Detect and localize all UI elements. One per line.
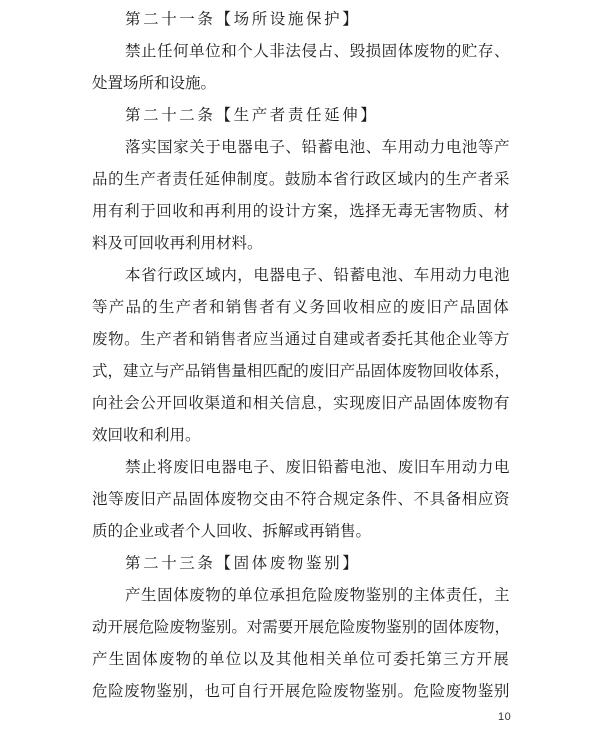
text-line: 池等废旧产品固体废物交由不符合规定条件、不具备相应资 xyxy=(92,484,510,516)
text-line: 处置场所和设施。 xyxy=(92,68,510,100)
text-line: 落实国家关于电器电子、铅蓄电池、车用动力电池等产 xyxy=(92,132,510,164)
article-heading-line: 第二十二条【生产者责任延伸】 xyxy=(92,100,510,132)
text-line: 禁止将废旧电器电子、废旧铅蓄电池、废旧车用动力电 xyxy=(92,452,510,484)
document-page: 第二十一条【场所设施保护】禁止任何单位和个人非法侵占、毁损固体废物的贮存、处置场… xyxy=(0,0,600,740)
text-line: 向社会公开回收渠道和相关信息，实现废旧产品固体废物有 xyxy=(92,388,510,420)
text-line: 产生固体废物的单位以及其他相关单位可委托第三方开展 xyxy=(92,644,510,676)
text-line: 效回收和利用。 xyxy=(92,420,510,452)
text-line: 动开展危险废物鉴别。对需要开展危险废物鉴别的固体废物， xyxy=(92,612,510,644)
article-heading-line: 第二十三条【固体废物鉴别】 xyxy=(92,548,510,580)
article-heading-line: 第二十一条【场所设施保护】 xyxy=(92,4,510,36)
document-body: 第二十一条【场所设施保护】禁止任何单位和个人非法侵占、毁损固体废物的贮存、处置场… xyxy=(92,4,510,708)
text-line: 式，建立与产品销售量相匹配的废旧产品固体废物回收体系， xyxy=(92,356,510,388)
text-line: 等产品的生产者和销售者有义务回收相应的废旧产品固体 xyxy=(92,292,510,324)
text-line: 产生固体废物的单位承担危险废物鉴别的主体责任，主 xyxy=(92,580,510,612)
text-line: 禁止任何单位和个人非法侵占、毁损固体废物的贮存、 xyxy=(92,36,510,68)
text-line: 料及可回收再利用材料。 xyxy=(92,228,510,260)
text-line: 废物。生产者和销售者应当通过自建或者委托其他企业等方 xyxy=(92,324,510,356)
text-line: 用有利于回收和再利用的设计方案，选择无毒无害物质、材 xyxy=(92,196,510,228)
text-line: 危险废物鉴别，也可自行开展危险废物鉴别。危险废物鉴别 xyxy=(92,676,510,708)
text-line: 品的生产者责任延伸制度。鼓励本省行政区域内的生产者采 xyxy=(92,164,510,196)
text-line: 本省行政区域内，电器电子、铅蓄电池、车用动力电池 xyxy=(92,260,510,292)
text-line: 质的企业或者个人回收、拆解或再销售。 xyxy=(92,516,510,548)
page-number: 10 xyxy=(498,711,511,723)
